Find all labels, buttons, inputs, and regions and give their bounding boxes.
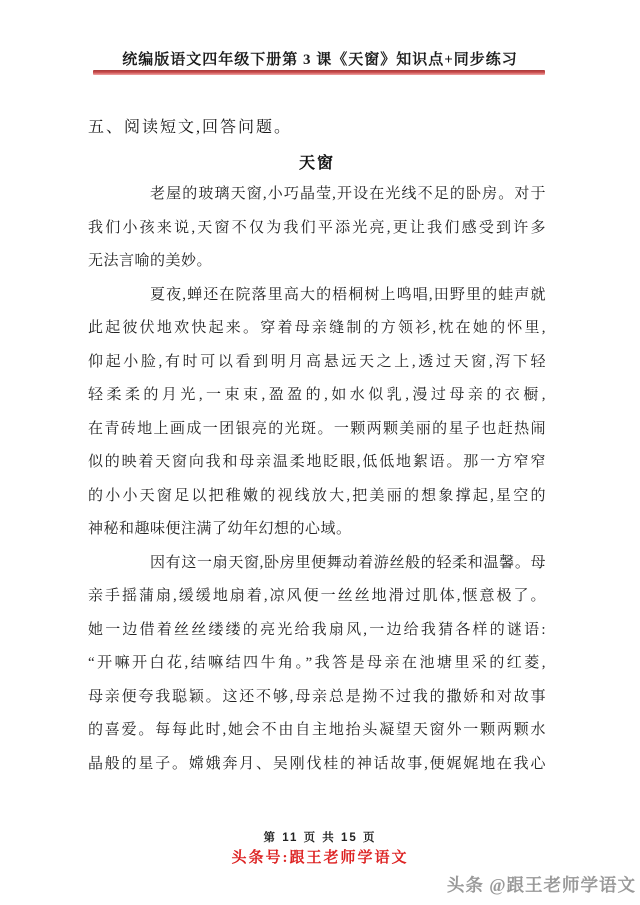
article-title: 天窗 — [88, 150, 546, 173]
text-line: 此起彼伏地欢快起来。穿着母亲缝制的方领衫,枕在她的怀里, — [88, 312, 546, 346]
text-line: 轻柔柔的月光,一束束,盈盈的,如水似乳,漫过母亲的衣橱, — [88, 379, 546, 413]
header-title: 统编版语文四年级下册第 3 课《天窗》知识点+同步练习 — [0, 48, 640, 69]
text-line: 老屋的玻璃天窗,小巧晶莹,开设在光线不足的卧房。对于 — [88, 178, 546, 212]
text-line: 因有这一扇天窗,卧房里便舞动着游丝般的轻柔和温馨。母 — [88, 547, 546, 581]
channel-name: 头条号:跟王老师学语文 — [0, 846, 640, 867]
text-line: 母亲便夸我聪颖。这还不够,母亲总是拗不过我的撒娇和对故事 — [88, 681, 546, 715]
text-line: 无法言喻的美妙。 — [88, 245, 546, 279]
text-line: “开嘛开白花,结嘛结四牛角。”我答是母亲在池塘里采的红菱, — [88, 647, 546, 681]
text-line: 我们小孩来说,天窗不仅为我们平添光亮,更让我们感受到许多 — [88, 212, 546, 246]
text-line: 似的映着天窗向我和母亲温柔地眨眼,低低地絮语。那一方窄窄 — [88, 446, 546, 480]
text-line: 仰起小脸,有时可以看到明月高悬远天之上,透过天窗,泻下轻 — [88, 346, 546, 380]
text-line: 的小小天窗足以把稚嫩的视线放大,把美丽的想象撑起,星空的 — [88, 480, 546, 514]
document-page: 统编版语文四年级下册第 3 课《天窗》知识点+同步练习 五、阅读短文,回答问题。… — [0, 0, 640, 905]
section-heading: 五、阅读短文,回答问题。 — [88, 114, 292, 137]
page-number: 第 11 页 共 15 页 — [0, 829, 640, 845]
text-line: 神秘和趣味便注满了幼年幻想的心域。 — [88, 513, 546, 547]
article-body: 老屋的玻璃天窗,小巧晶莹,开设在光线不足的卧房。对于我们小孩来说,天窗不仅为我们… — [88, 178, 546, 781]
text-line: 的喜爱。每每此时,她会不由自主地抬头凝望天窗外一颗两颗水 — [88, 714, 546, 748]
text-line: 她一边借着丝丝缕缕的亮光给我扇风,一边给我猜各样的谜语: — [88, 614, 546, 648]
text-line: 亲手摇蒲扇,缓缓地扇着,凉风便一丝丝地滑过肌体,惬意极了。 — [88, 580, 546, 614]
header-underline — [93, 70, 545, 75]
watermark: 头条 @跟王老师学语文 — [447, 872, 636, 897]
text-line: 在青砖地上画成一团银亮的光斑。一颗两颗美丽的星子也赶热闹 — [88, 413, 546, 447]
text-line: 夏夜,蝉还在院落里高大的梧桐树上鸣唱,田野里的蛙声就 — [88, 279, 546, 313]
text-line: 晶般的星子。嫦娥奔月、吴刚伐桂的神话故事,便娓娓地在我心 — [88, 748, 546, 782]
